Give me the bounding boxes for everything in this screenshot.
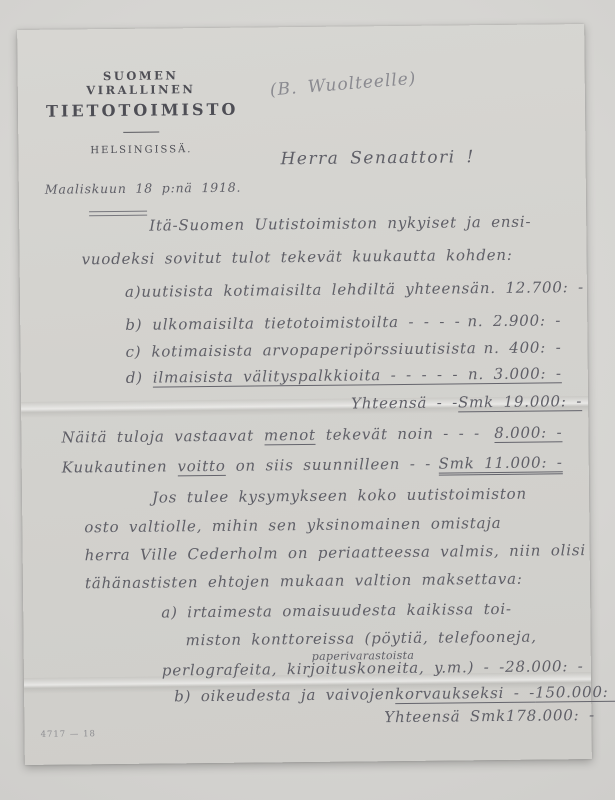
printers-mark: 4717 — 18	[40, 729, 95, 740]
item-label: b)	[125, 316, 142, 334]
sale-item-b-text: b) oikeudesta ja vaivojen	[174, 685, 395, 705]
letterhead-divider	[123, 132, 159, 133]
item-label: c)	[125, 343, 141, 361]
profit-line: Kuukautinen voitto on siis suunnilleen -…	[62, 453, 563, 479]
expense-amount: 8.000: -	[494, 423, 562, 443]
item-text: ulkomaisilta tietotoimistoilta - - - -	[152, 312, 460, 333]
item-text: kotimaisista arvopaperipörssiuutisista	[151, 339, 476, 360]
profit-post: on siis suunnilleen - -	[236, 455, 432, 475]
sale-item-a-amount: 28.000: -	[505, 657, 584, 676]
item-amount: n. 3.000: -	[468, 364, 562, 383]
income-item-d: d) ilmaisista välityspalkkioita - - - - …	[126, 364, 562, 388]
expense-line: Näitä tuloja vastaavat menot tekevät noi…	[61, 423, 562, 447]
item-label: a)	[125, 283, 142, 301]
total-label: Yhteensä - -	[351, 393, 458, 412]
sale-item-a-line-2: miston konttoreissa (pöytiä, telefooneja…	[185, 628, 536, 650]
expense-word: menot	[264, 426, 316, 446]
sale-par-line-2: osto valtiolle, mihin sen yksinomainen o…	[84, 514, 501, 536]
expense-pre: Näitä tuloja vastaavat	[61, 427, 254, 447]
total-amount: Smk 19.000: -	[458, 392, 582, 412]
item-amount: n. 12.700: -	[480, 278, 584, 297]
item-underlined-part: ilmaisista välityspalkkioita - - - - - n…	[153, 364, 562, 387]
sale-item-b-word: korvaukseksi - -	[395, 684, 535, 704]
profit-amount: Smk 11.000: -	[438, 453, 562, 475]
sale-item-a-text: perlografeita, kirjoituskoneita, y.m.) -…	[162, 658, 505, 680]
expense-post: tekevät noin - - -	[326, 424, 480, 444]
letterhead: SUOMEN VIRALLINEN TIETOTOIMISTO HELSINGI…	[46, 68, 237, 157]
sale-total-amount: 178.000: -	[506, 706, 595, 725]
letterhead-place: HELSINGISSÄ.	[46, 144, 236, 157]
income-item-a: a) uutisista kotimaisilta lehdiltä yhtee…	[125, 278, 561, 301]
sale-item-a-line-1: a) irtaimesta omaisuudesta kaikissa toi-	[161, 600, 512, 622]
item-text: uutisista kotimaisilta lehdiltä yhteensä	[141, 279, 480, 301]
intro-line-2: vuodeksi sovitut tulot tekevät kuukautta…	[81, 246, 512, 269]
income-item-b: b) ulkomaisilta tietotoimistoilta - - - …	[125, 311, 561, 334]
intro-line-1: Itä-Suomen Uutistoimiston nykyiset ja en…	[149, 213, 531, 235]
sale-par-line-4: tähänastisten ehtojen mukaan valtion mak…	[85, 570, 523, 593]
sale-item-b: b) oikeudesta ja vaivojen korvaukseksi -…	[174, 683, 565, 706]
sale-par-line-3: herra Ville Cederholm on periaatteessa v…	[85, 541, 586, 564]
sale-item-b-amount: 150.000: -	[535, 683, 615, 703]
profit-pre: Kuukautinen	[62, 457, 168, 476]
date-underline	[89, 211, 147, 217]
item-amount: n. 400: -	[484, 338, 562, 357]
sale-par-line-1: Jos tulee kysymykseen koko uutistoimisto…	[152, 485, 527, 507]
profit-word: voitto	[177, 457, 225, 477]
sale-total-label: Yhteensä Smk	[384, 707, 506, 726]
salutation: Herra Senaattori !	[280, 147, 475, 169]
item-label: d)	[126, 369, 143, 387]
pencil-annotation: (B. Wuolteelle)	[269, 69, 417, 101]
sale-item-a-line-3: perlografeita, kirjoituskoneita, y.m.) -…	[162, 657, 565, 679]
sale-total: Yhteensä Smk 178.000: -	[384, 706, 565, 726]
date-line: Maaliskuun 18 p:nä 1918.	[45, 180, 242, 197]
income-item-c: c) kotimaisista arvopaperipörssiuutisist…	[125, 338, 561, 361]
income-total: Yhteensä - - Smk 19.000: -	[351, 392, 562, 413]
item-amount: n. 2.900: -	[467, 311, 561, 330]
letterhead-org-line1: SUOMEN VIRALLINEN	[46, 68, 236, 98]
letter-page: SUOMEN VIRALLINEN TIETOTOIMISTO HELSINGI…	[17, 24, 592, 765]
item-text: ilmaisista välityspalkkioita - - - - -	[153, 365, 459, 386]
letterhead-org-line2: TIETOTOIMISTO	[46, 100, 236, 121]
